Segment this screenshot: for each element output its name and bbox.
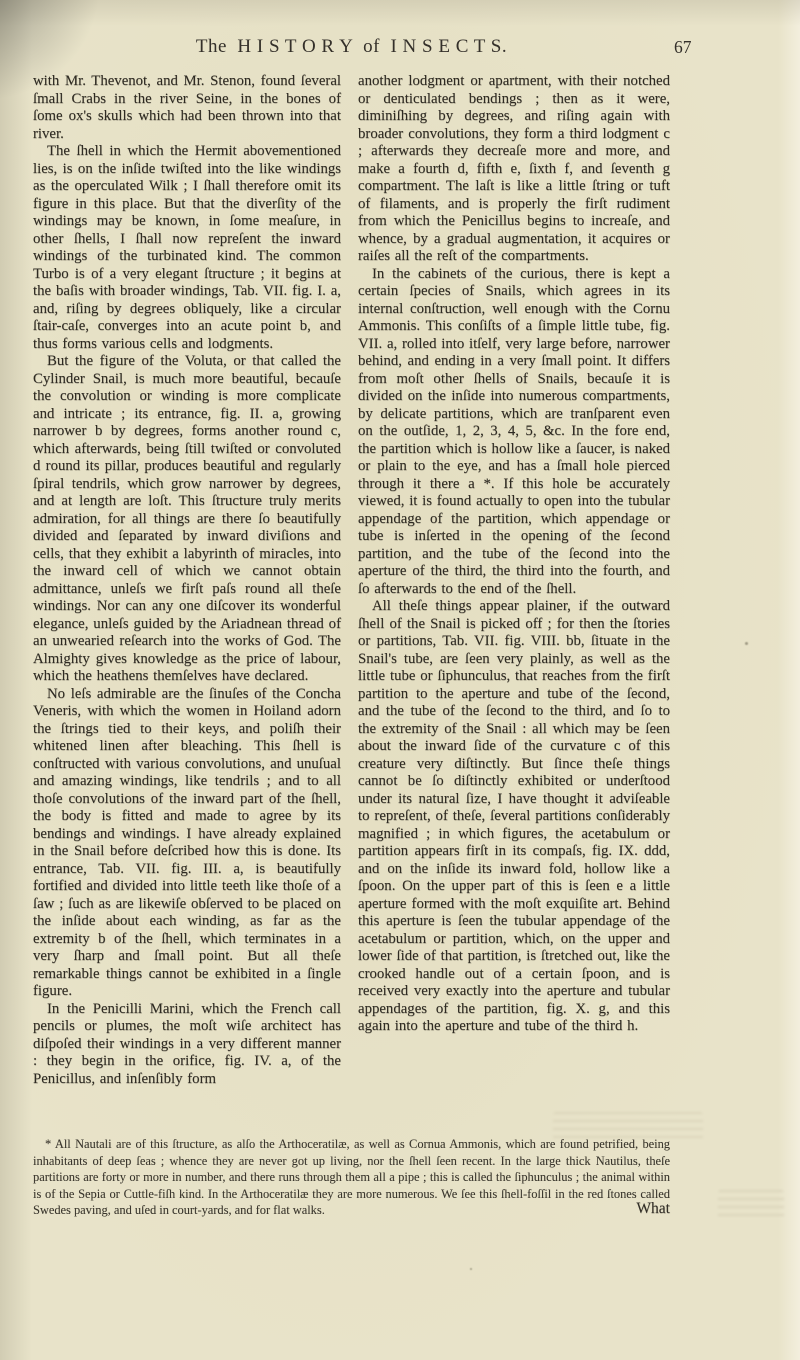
book-page: The H I S T O R Y of I N S E C T S. 67 w… (0, 0, 800, 1360)
paper-speck (745, 642, 748, 645)
running-title: The H I S T O R Y of I N S E C T S. (33, 36, 670, 58)
paragraph-continuation: another lodgment or apartment, with thei… (358, 73, 670, 266)
paragraph: In the Penicilli Marini, which the Frenc… (33, 1001, 341, 1089)
paragraph: No leſs admirable are the ſinuſes of the… (33, 686, 341, 1001)
paragraph: All theſe things appear plainer, if the … (358, 598, 670, 1036)
paper-speck (470, 1268, 472, 1270)
left-column: with Mr. Thevenot, and Mr. Stenon, found… (33, 73, 341, 1088)
paragraph: But the figure of the Voluta, or that ca… (33, 353, 341, 686)
paragraph: In the cabinets of the curious, there is… (358, 266, 670, 599)
showthrough-mark (718, 1190, 784, 1220)
catchword: What (636, 1200, 670, 1217)
paragraph-continuation: with Mr. Thevenot, and Mr. Stenon, found… (33, 73, 341, 143)
catchword-row: What (33, 1200, 670, 1218)
page-number: 67 (674, 37, 692, 58)
right-column: another lodgment or apartment, with thei… (358, 73, 670, 1036)
paragraph: The ſhell in which the Hermit abovementi… (33, 143, 341, 353)
